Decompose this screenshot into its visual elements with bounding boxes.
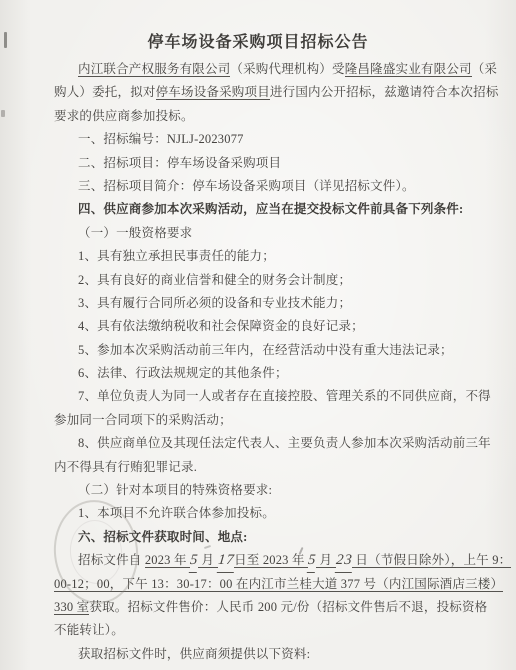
scan-artifact	[4, 32, 7, 48]
text-segment: 3、具有履行合同所必须的设备和专业技术能力；	[78, 296, 351, 310]
text-segment: 四、供应商参加本次采购活动，应当在提交投标文件前具备下列条件:	[78, 202, 463, 216]
doc-line: 购人）委托，拟对停车场设备采购项目进行国内公开招标，兹邀请符合本次招标	[54, 81, 496, 104]
text-segment: 获取。招标文件售价：人民币 200 元/份（招标文件售后不退，投标资格	[89, 600, 487, 614]
text-segment: 要求的供应商参加投标。	[54, 109, 194, 123]
handwritten-number: 23	[334, 549, 353, 573]
text-segment: 内不得具有行贿犯罪记录.	[54, 460, 197, 474]
text-segment: 7、单位负责人为同一人或者存在直接控股、管理关系的不同供应商，不得	[78, 389, 491, 403]
text-segment: 5、参加本次采购活动前三年内，在经营活动中没有重大违法记录；	[78, 343, 453, 357]
doc-line: 三、招标项目简介：停车场设备采购项目（详见招标文件）。	[54, 175, 496, 198]
doc-line: 7、单位负责人为同一人或者存在直接控股、管理关系的不同供应商，不得	[54, 385, 496, 408]
text-segment: 三、招标项目简介：停车场设备采购项目（详见招标文件）。	[78, 179, 415, 193]
doc-line: 内江联合产权服务有限公司（采购代理机构）受隆昌隆盛实业有限公司（采	[54, 58, 496, 81]
doc-line: 内不得具有行贿犯罪记录.	[54, 456, 496, 479]
doc-line: 330 室获取。招标文件售价：人民币 200 元/份（招标文件售后不退，投标资格	[54, 596, 496, 619]
doc-line: 6、法律、行政法规规定的其他条件；	[54, 362, 496, 385]
text-segment: 6、法律、行政法规规定的其他条件；	[78, 366, 288, 380]
doc-line: 00-12；00，下午 13：30-17：00 在内江市兰桂大道 377 号（内…	[54, 573, 496, 596]
underlined-text: 日至 2023 年	[234, 553, 308, 568]
doc-line: 二、招标项目：停车场设备采购项目	[54, 152, 496, 175]
handwritten-number: 17	[216, 549, 235, 573]
underlined-text: 330 室	[54, 600, 89, 615]
underlined-text: 月	[316, 553, 335, 568]
doc-line: 不能转让）。	[54, 619, 496, 642]
text-segment: （一）一般资格要求	[78, 226, 192, 240]
text-segment: 购人）委托，拟对	[54, 85, 156, 99]
text-segment: 获取招标文件时，供应商须提供以下资料:	[78, 647, 310, 661]
doc-line: 1、本项目不允许联合体参加投标。	[54, 502, 496, 525]
text-segment: 1、本项目不允许联合体参加投标。	[78, 506, 275, 520]
page-title: 停车场设备采购项目招标公告	[0, 0, 516, 56]
underlined-text: 00-12；00，下午 13：30-17：00 在内江市兰桂大道 377 号（内…	[54, 577, 503, 592]
document-page: 停车场设备采购项目招标公告 内江联合产权服务有限公司（采购代理机构）受隆昌隆盛实…	[0, 0, 516, 670]
text-segment: （二）针对本项目的特殊资格要求:	[78, 483, 272, 497]
text-segment: 六、招标文件获取时间、地点:	[78, 530, 247, 544]
text-segment: （采	[472, 62, 497, 76]
doc-line: 4、具有依法缴纳税收和社会保障资金的良好记录；	[54, 315, 496, 338]
doc-line: 3、具有履行合同所必须的设备和专业技术能力；	[54, 292, 496, 315]
doc-line: 8、供应商单位及其现任法定代表人、主要负责人参加本次采购活动前三年	[54, 432, 496, 455]
doc-body: 内江联合产权服务有限公司（采购代理机构）受隆昌隆盛实业有限公司（采购人）委托，拟…	[0, 56, 516, 666]
doc-line: 要求的供应商参加投标。	[54, 105, 496, 128]
doc-line: 2、具有良好的商业信誉和健全的财务会计制度；	[54, 269, 496, 292]
text-segment: 一、招标编号：NJLJ-2023077	[78, 132, 244, 146]
doc-line: 参加同一合同项下的采购活动；	[54, 409, 496, 432]
text-segment: 二、招标项目：停车场设备采购项目	[78, 156, 281, 170]
doc-line: 一、招标编号：NJLJ-2023077	[54, 128, 496, 151]
doc-line: 获取招标文件时，供应商须提供以下资料:	[54, 643, 496, 666]
doc-line: 1、具有独立承担民事责任的能力；	[54, 245, 496, 268]
underlined-text: 2023 年	[145, 553, 190, 568]
underlined-text: 月	[198, 553, 217, 568]
doc-line: 5、参加本次采购活动前三年内，在经营活动中没有重大违法记录；	[54, 339, 496, 362]
doc-line: 六、招标文件获取时间、地点:	[54, 526, 496, 549]
text-segment: 进行国内公开招标，兹邀请符合本次招标	[270, 85, 499, 99]
text-segment: 不能转让）。	[54, 623, 124, 637]
text-segment: 2、具有良好的商业信誉和健全的财务会计制度；	[78, 273, 351, 287]
text-segment: 8、供应商单位及其现任法定代表人、主要负责人参加本次采购活动前三年	[78, 436, 491, 450]
underlined-text: 停车场设备采购项目	[156, 85, 270, 100]
doc-line: （二）针对本项目的特殊资格要求:	[54, 479, 496, 502]
underlined-text: 内江联合产权服务有限公司	[78, 62, 230, 77]
text-segment: （采购代理机构）受	[230, 62, 344, 76]
scan-artifact	[1, 110, 5, 117]
underlined-text: 隆昌隆盛实业有限公司	[345, 62, 472, 77]
text-segment: 4、具有依法缴纳税收和社会保障资金的良好记录；	[78, 319, 364, 333]
underlined-text: 日（节假日除外），上午 9：	[352, 553, 511, 568]
handwritten-number: 5	[189, 549, 200, 573]
doc-line: 招标文件自 2023 年 5 月 17日至 2023 年 5 月 23 日（节假…	[54, 549, 496, 572]
doc-line: 四、供应商参加本次采购活动，应当在提交投标文件前具备下列条件:	[54, 198, 496, 221]
text-segment: 招标文件自	[78, 553, 145, 567]
text-segment: 1、具有独立承担民事责任的能力；	[78, 249, 275, 263]
doc-line: （一）一般资格要求	[54, 222, 496, 245]
text-segment: 参加同一合同项下的采购活动；	[54, 413, 232, 427]
handwritten-number: 5	[307, 549, 318, 573]
